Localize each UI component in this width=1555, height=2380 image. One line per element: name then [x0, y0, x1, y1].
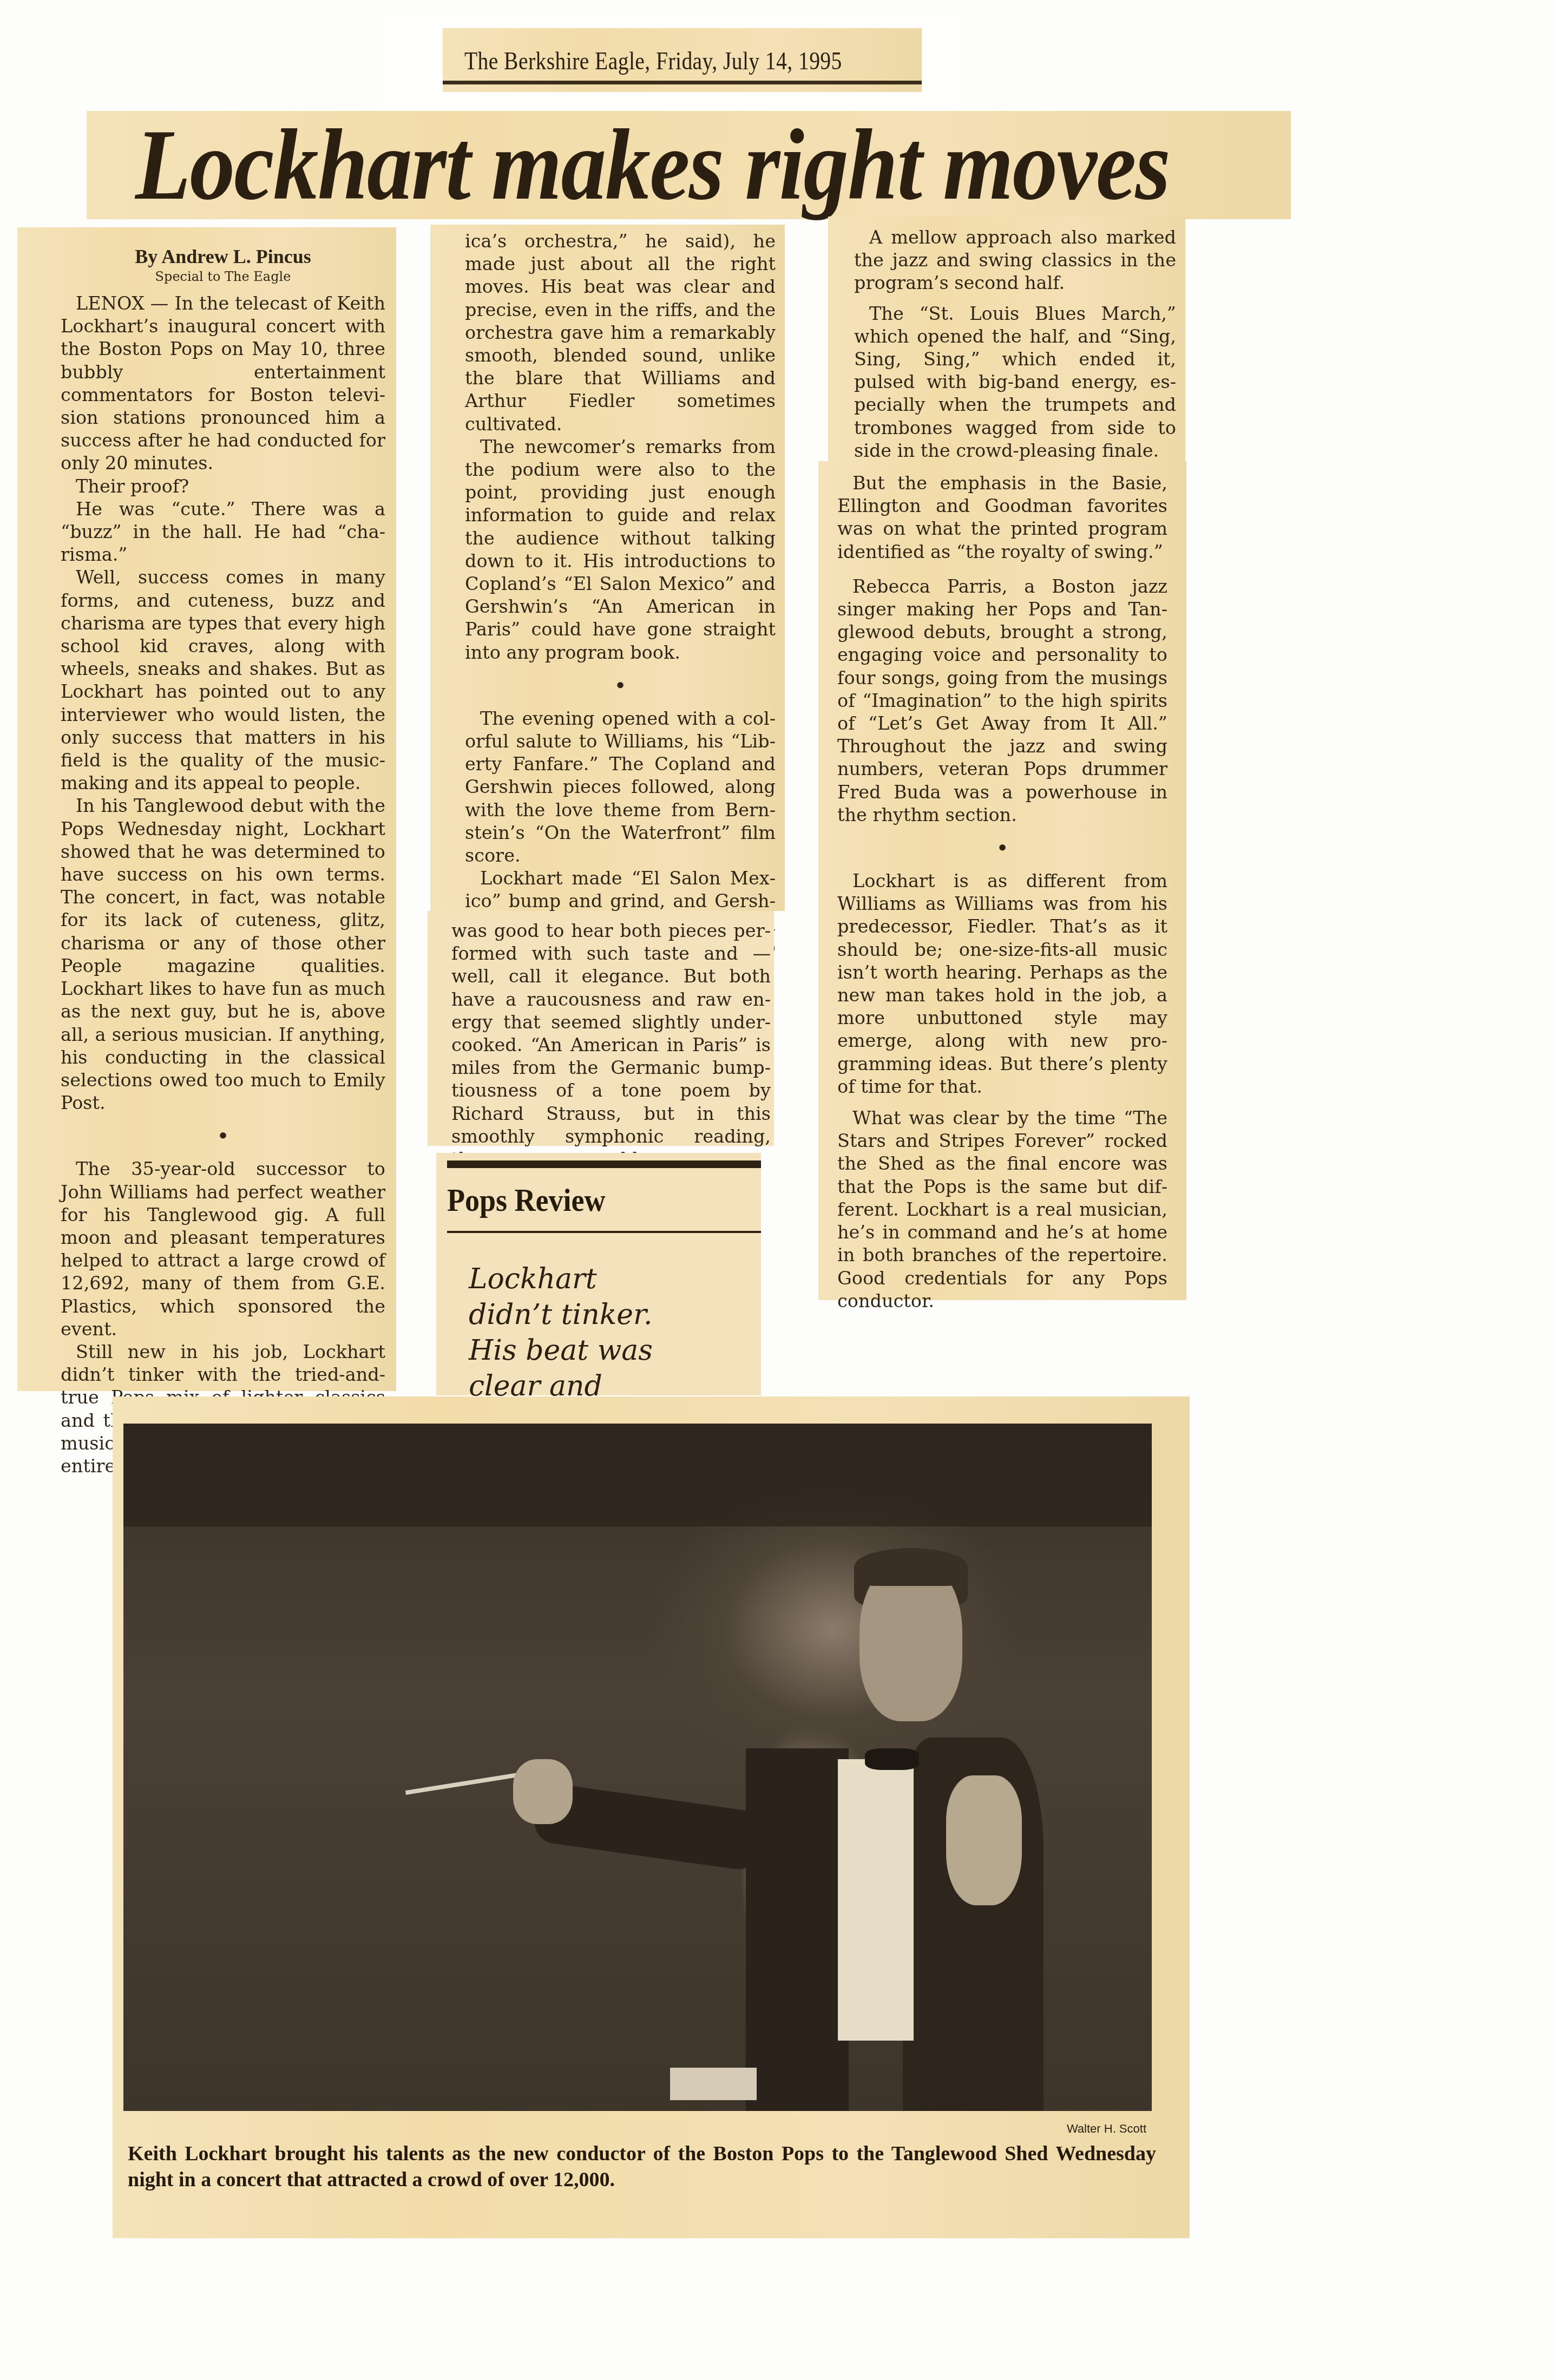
paragraph: A mellow approach also marked the jazz a… [854, 226, 1176, 295]
pull-quote-rule-bottom [447, 1231, 761, 1233]
photo-music-stand [670, 2068, 757, 2100]
photo-credit: Walter H. Scott [1067, 2122, 1146, 2136]
paragraph: Their proof? [61, 475, 385, 498]
dateline-rule [443, 81, 922, 84]
byline-author: By Andrew L. Pincus [61, 245, 385, 268]
paragraph: The “St. Louis Blues March,” which opene… [854, 303, 1176, 462]
photo-baton [405, 1771, 529, 1795]
dateline-clipping: The Berkshire Eagle, Friday, July 14, 19… [443, 28, 922, 92]
photo-jacket [746, 1748, 849, 2111]
photo-caption: Keith Lockhart brought his talents as th… [128, 2141, 1156, 2193]
paragraph: Lockhart is as different from Williams a… [837, 870, 1167, 1098]
pull-quote-box: Pops Review Lockhart didn’t tinker. His … [436, 1153, 761, 1395]
pull-quote-rule-top [447, 1161, 761, 1168]
paragraph: But the emphasis in the Basie, Ellington… [837, 472, 1167, 563]
paragraph: Rebecca Parris, a Boston jazz singer mak… [837, 575, 1167, 827]
paragraph: He was “cute.” There was a “buzz” in the… [61, 498, 385, 567]
photo-hair [854, 1548, 968, 1586]
headline-clipping: Lockhart makes right moves [87, 111, 1291, 219]
paragraph: The evening opened with a col­orful salu… [465, 707, 776, 867]
article-column-2: ica’s orchestra,” he said), he made just… [430, 225, 785, 911]
photo-clipping: Walter H. Scott Keith Lockhart brought h… [113, 1396, 1190, 2238]
paragraph: LENOX — In the telecast of Keith Lockhar… [61, 292, 385, 475]
section-separator-bullet: • [61, 1124, 385, 1148]
paragraph: Well, success comes in many forms, and c… [61, 566, 385, 795]
photo-hand [946, 1775, 1022, 1905]
paragraph: The newcomer’s remarks from the podium w… [465, 436, 776, 664]
photo-hand [513, 1759, 573, 1824]
paragraph: was good to hear both pieces per­formed … [451, 920, 771, 1171]
paragraph: What was clear by the time “The Stars an… [837, 1107, 1167, 1313]
dateline: The Berkshire Eagle, Friday, July 14, 19… [464, 47, 842, 75]
pull-quote-section-label: Pops Review [447, 1183, 605, 1217]
article-column-3-top: A mellow approach also marked the jazz a… [828, 217, 1185, 461]
headline: Lockhart makes right moves [135, 116, 1170, 214]
article-column-3: But the emphasis in the Basie, Ellington… [818, 461, 1186, 1300]
photo-shirt [838, 1759, 914, 2041]
paragraph: ica’s orchestra,” he said), he made just… [465, 230, 776, 436]
section-separator-bullet: • [465, 674, 776, 698]
paragraph: The 35-year-old successor to John Willia… [61, 1158, 385, 1341]
paragraph: In his Tanglewood debut with the Pops We… [61, 795, 385, 1114]
conductor-photo [123, 1424, 1152, 2111]
byline-affiliation: Special to The Eagle [61, 268, 385, 285]
section-separator-bullet: • [837, 836, 1167, 860]
photo-bowtie [865, 1748, 919, 1770]
photo-shadow [123, 1424, 1152, 1526]
article-column-2-continued: was good to hear both pieces per­formed … [428, 911, 774, 1146]
article-column-1: By Andrew L. Pincus Special to The Eagle… [17, 227, 396, 1391]
